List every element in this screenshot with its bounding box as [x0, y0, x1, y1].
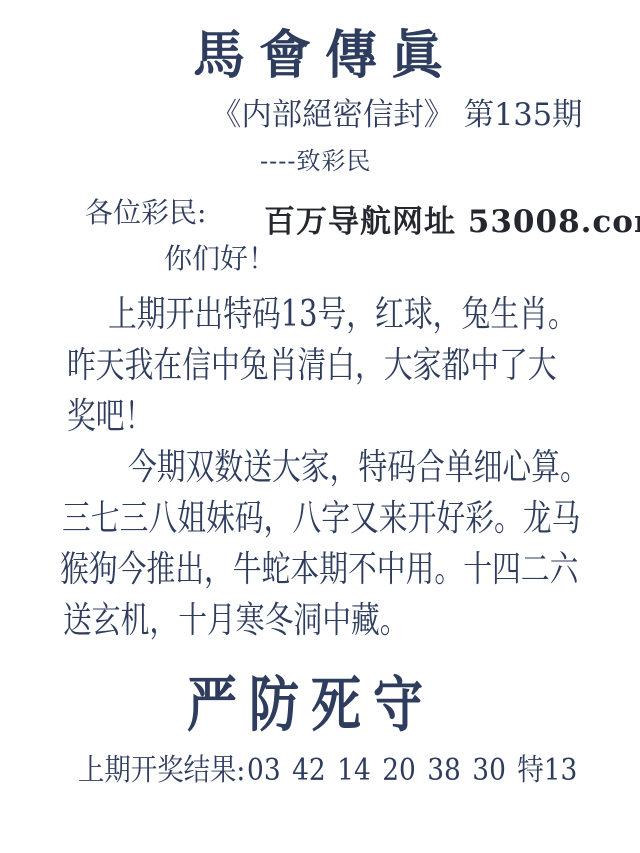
result-label: 上期开奖结果: [78, 753, 245, 788]
body-line: 三七三八姐妹码，八字又来开好彩。龙马 [62, 501, 580, 537]
body-line: 昨天我在信中兔肖清白，大家都中了大 [67, 348, 557, 384]
body-line: 奖吧！ [67, 399, 153, 435]
body-line: 猴狗今推出，牛蛇本期不中用。十四二六 [60, 552, 578, 588]
result-number: 38 [427, 756, 461, 786]
warning-slogan: 严防死守 [187, 675, 435, 735]
greeting: 你们好！ [164, 245, 276, 273]
fax-letter-page: 馬會傳眞 《内部絕密信封》 第135期 ----致彩民 各位彩民: 百万导航网址… [0, 0, 640, 853]
result-number: 20 [382, 756, 416, 786]
result-number: 03 [247, 756, 281, 786]
body-line: 送玄机，十月寒冬洞中藏。 [63, 603, 409, 639]
issue-subtitle: 《内部絕密信封》 第135期 [211, 100, 582, 131]
result-number: 14 [337, 756, 371, 786]
site-watermark: 百万导航网址 53008.com [264, 207, 640, 238]
body-line: 上期开出特码13号，红球，兔生肖。 [108, 297, 577, 333]
special-number: 特13 [517, 756, 577, 786]
result-number: 42 [292, 756, 326, 786]
result-number: 30 [472, 756, 506, 786]
last-draw-results: 上期开奖结果:034214203830特13 [78, 756, 577, 786]
dedication-line: ----致彩民 [260, 149, 371, 173]
salutation: 各位彩民: [85, 199, 206, 227]
body-line: 今期双数送大家，特码合单细心算。 [128, 450, 589, 486]
page-title: 馬會傳眞 [193, 30, 457, 82]
